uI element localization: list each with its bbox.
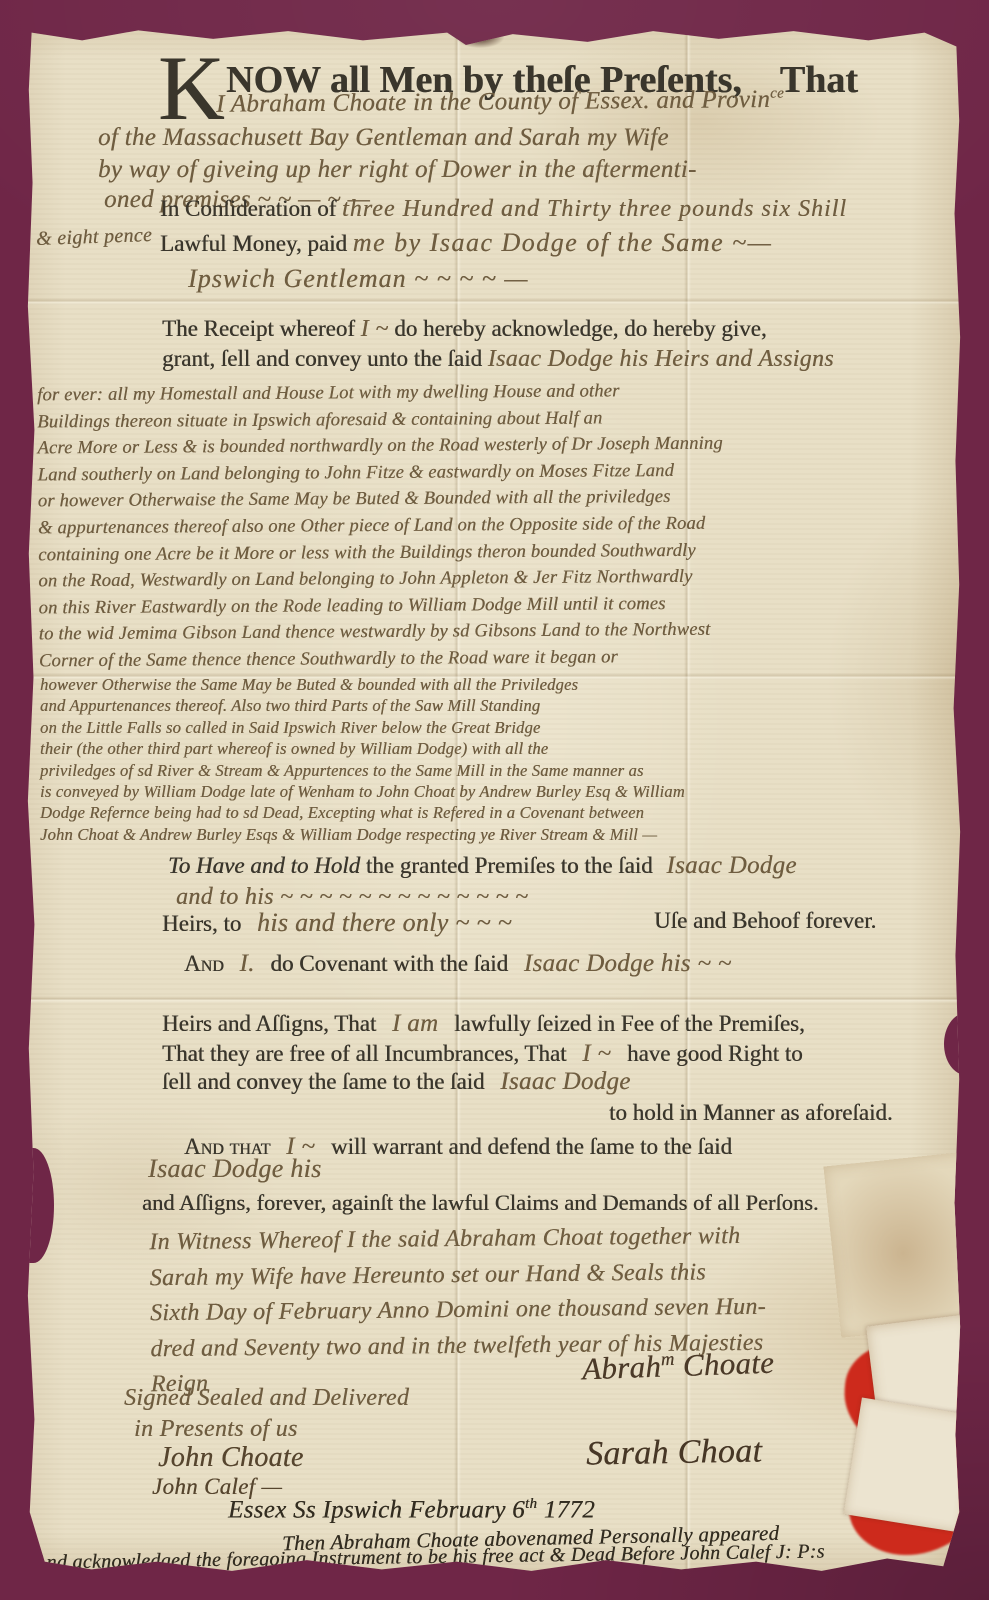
printed-text: grant, ſell and convey unto the ſaid bbox=[162, 346, 482, 371]
property-line: Corner of the Same thence thence Southwa… bbox=[39, 644, 724, 675]
handwritten-text: I ~ bbox=[361, 316, 389, 342]
property-line: priviledges of sd River & Stream & Appur… bbox=[40, 760, 685, 781]
handwritten-text: I. bbox=[239, 950, 254, 977]
handwritten-grantee: Isaac Dodge bbox=[500, 1068, 630, 1095]
presence-line: in Presents of us bbox=[134, 1416, 298, 1443]
fold-crease-horizontal bbox=[26, 996, 962, 1003]
property-description-block: however Otherwise the Same May be Buted … bbox=[40, 674, 685, 845]
habendum-line: And I. do Covenant with the ſaid Isaac D… bbox=[184, 950, 742, 978]
seal-paper-square bbox=[843, 1397, 978, 1532]
deed-scan: K NOW all Men by theſe Preſents,That I A… bbox=[0, 0, 989, 1600]
signature-text: Choate bbox=[682, 1345, 775, 1383]
signature-text: Abrah bbox=[581, 1349, 661, 1387]
property-line: to the wid Jemima Gibson Land thence wes… bbox=[39, 617, 724, 648]
consideration-line: In Conſideration of three Hundred and Th… bbox=[160, 196, 847, 223]
superscript: m bbox=[660, 1349, 674, 1370]
handwritten-amount: three Hundred and Thirty three pounds si… bbox=[342, 196, 847, 222]
property-line: Dodge Refernce being had to sd Dead, Exc… bbox=[40, 802, 685, 823]
preamble-text: I Abraham Choate in the County of Essex.… bbox=[216, 86, 770, 118]
witness-line: Sixth Day of February Anno Domini one th… bbox=[150, 1290, 766, 1332]
property-line: and Appurtenances thereof. Also two thir… bbox=[40, 695, 685, 716]
superscript: th bbox=[525, 1496, 537, 1512]
ink-stain bbox=[456, 26, 504, 48]
witness-line: In Witness Whereof I the said Abraham Ch… bbox=[149, 1219, 765, 1261]
margin-note: & eight pence bbox=[36, 224, 153, 251]
attestation-text: 1772 bbox=[544, 1496, 595, 1523]
handwritten-text: I ~ bbox=[582, 1040, 611, 1067]
receipt-line: grant, ſell and convey unto the ſaid Isa… bbox=[162, 346, 834, 373]
printed-text: the granted Premiſes to the ſaid bbox=[366, 853, 653, 878]
covenant-line: to hold in Manner as aforeſaid. bbox=[609, 1100, 893, 1126]
preamble-line: of the Massachusett Bay Gentleman and Sa… bbox=[98, 124, 669, 152]
printed-text: have good Right to bbox=[627, 1041, 803, 1066]
handwritten-grantee: Isaac Dodge bbox=[666, 852, 796, 879]
printed-text: In Conſideration of bbox=[160, 196, 336, 221]
habendum-line: Heirs, to his and there only ~ ~ ~ bbox=[162, 908, 512, 938]
printed-text: That they are free of all Incumbrances, … bbox=[162, 1041, 566, 1066]
covenant-line: That they are free of all Incumbrances, … bbox=[162, 1040, 803, 1068]
preamble-line: I Abraham Choate in the County of Essex.… bbox=[216, 86, 784, 119]
witness-signature-john-choate: John Choate bbox=[158, 1442, 304, 1474]
attestation-line: And acknowledged the foregoing Instrumen… bbox=[34, 1540, 825, 1574]
superscript: ce bbox=[770, 86, 784, 102]
handwritten-text: his and there only ~ ~ ~ bbox=[257, 908, 512, 937]
handwritten-grantee: Isaac Dodge his ~ ~ bbox=[524, 950, 732, 977]
paper-tear bbox=[20, 1148, 54, 1263]
habendum-line: and to his ~ ~ ~ ~ ~ ~ ~ ~ ~ ~ ~ ~ ~ bbox=[176, 884, 528, 911]
handwritten-payer: me by Isaac Dodge of the Same ~— bbox=[353, 228, 772, 257]
habendum-line: Uſe and Behoof forever. bbox=[654, 908, 876, 934]
covenant-line: ſell and convey the ſame to the ſaid Isa… bbox=[162, 1068, 641, 1096]
property-line: however Otherwise the Same May be Buted … bbox=[40, 674, 685, 695]
title-that: That bbox=[780, 59, 858, 101]
paper-sheet: K NOW all Men by theſe Preſents,That I A… bbox=[26, 28, 962, 1574]
consideration-line: Lawful Money, paid me by Isaac Dodge of … bbox=[160, 228, 772, 258]
handwritten-text: I am bbox=[392, 1010, 438, 1037]
signature-abraham-choate: Abrahm Choate bbox=[581, 1345, 774, 1388]
printed-text: lawfully ſeized in Fee of the Premiſes, bbox=[454, 1011, 805, 1036]
drop-cap: K bbox=[158, 42, 224, 134]
covenant-line: and Aſſigns, forever, againſt the lawful… bbox=[142, 1190, 818, 1216]
property-line: is conveyed by William Dodge late of Wen… bbox=[40, 781, 685, 802]
printed-text: And bbox=[184, 951, 224, 976]
property-line: John Choat & Andrew Burley Esqs & Willia… bbox=[40, 824, 685, 845]
printed-text: do Covenant with the ſaid bbox=[270, 951, 508, 976]
grantor-residence: Ipswich Gentleman ~ ~ ~ ~ — bbox=[188, 264, 528, 294]
handwritten-grantee: Isaac Dodge his Heirs and Assigns bbox=[488, 346, 834, 372]
attestation-text: Essex Ss Ipswich February 6 bbox=[228, 1496, 525, 1523]
preamble-line: by way of giveing up her right of Dower … bbox=[98, 156, 697, 184]
attestation-line: Essex Ss Ipswich February 6th 1772 bbox=[228, 1496, 595, 1524]
printed-text: Lawful Money, paid bbox=[160, 231, 347, 256]
printed-text: ſell and convey the ſame to the ſaid bbox=[162, 1069, 485, 1094]
receipt-line: The Receipt whereof I ~ do hereby acknow… bbox=[162, 316, 767, 343]
printed-text: Heirs and Aſſigns, That bbox=[162, 1011, 376, 1036]
printed-text: Heirs, to bbox=[162, 911, 241, 936]
printed-text: The Receipt whereof bbox=[162, 316, 355, 341]
signed-sealed-line: Signed Sealed and Delivered bbox=[124, 1385, 409, 1412]
printed-text: To Have and to Hold bbox=[168, 853, 360, 878]
covenant-line: Heirs and Aſſigns, That I am lawfully ſe… bbox=[162, 1010, 805, 1038]
property-line: on the Little Falls so called in Said Ip… bbox=[40, 717, 685, 738]
paper-tear bbox=[944, 1013, 988, 1075]
seal-paper-stain bbox=[823, 1150, 989, 1337]
fold-crease-horizontal bbox=[26, 298, 962, 305]
printed-text: will warrant and defend the ſame to the … bbox=[331, 1134, 732, 1159]
habendum-line: To Have and to Hold the granted Premiſes… bbox=[168, 852, 797, 880]
property-line: their (the other third part whereof is o… bbox=[40, 738, 685, 759]
printed-text: do hereby acknowledge, do hereby give, bbox=[394, 316, 766, 341]
property-line: & appurtenances thereof also one Other p… bbox=[38, 511, 723, 542]
signature-sarah-choat: Sarah Choat bbox=[586, 1432, 763, 1473]
covenant-grantee: Isaac Dodge his bbox=[148, 1154, 321, 1184]
property-description-block: for ever: all my Homestall and House Lot… bbox=[37, 378, 724, 675]
